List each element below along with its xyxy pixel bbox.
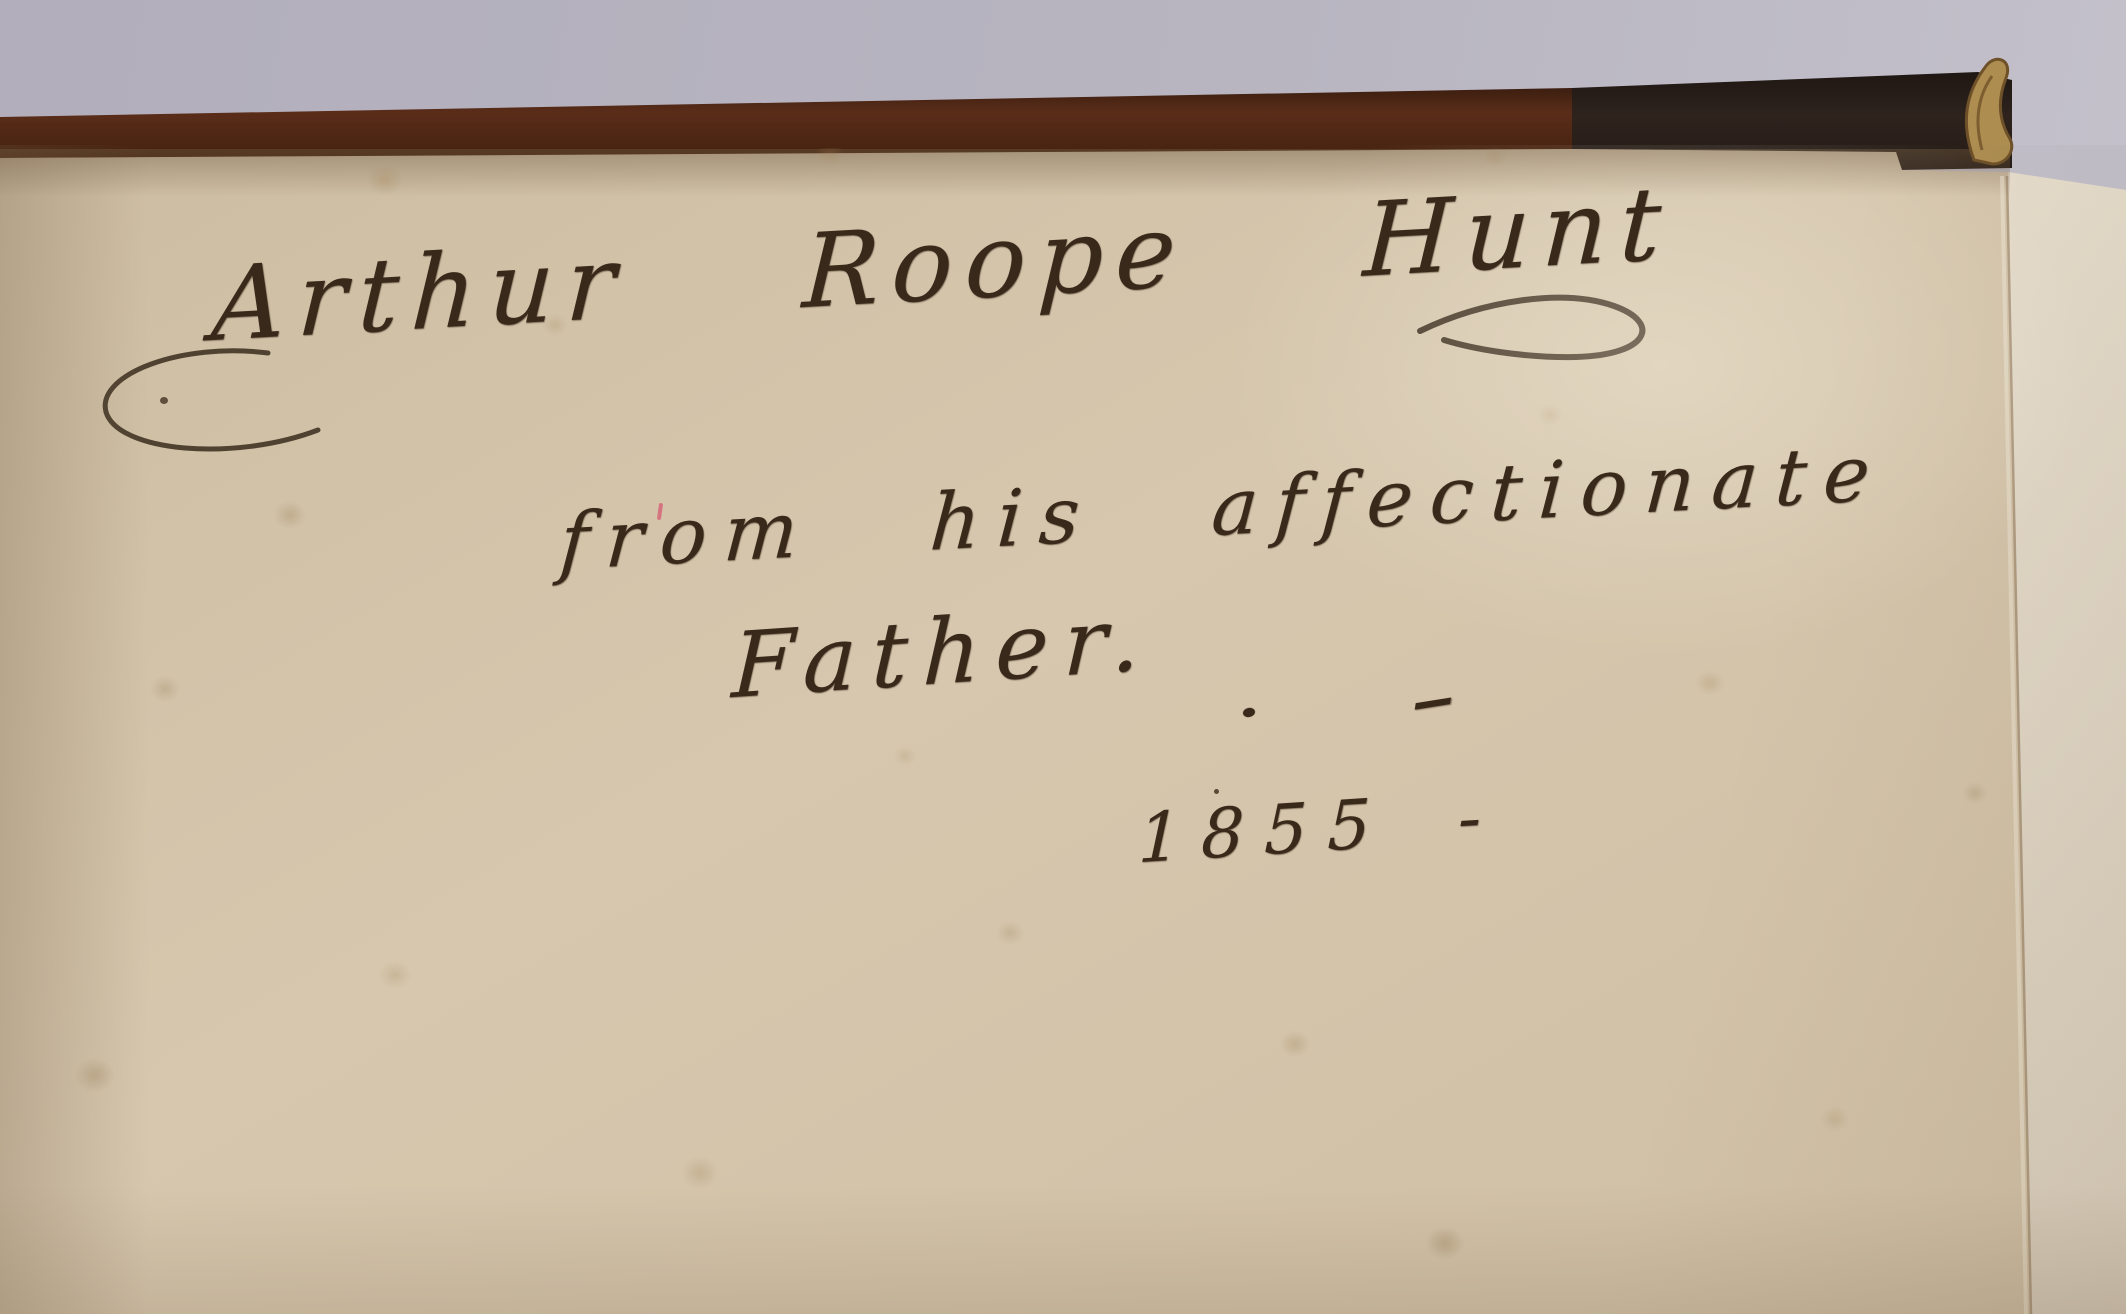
ink-speck: [160, 397, 168, 404]
spine-leather-red: [0, 88, 1572, 158]
top-edge-shadow: [0, 149, 2010, 197]
ink-speck: [1214, 789, 1219, 794]
photo-book-inscription: Arthur Roope Hunt from his affectionate …: [0, 0, 2126, 1314]
